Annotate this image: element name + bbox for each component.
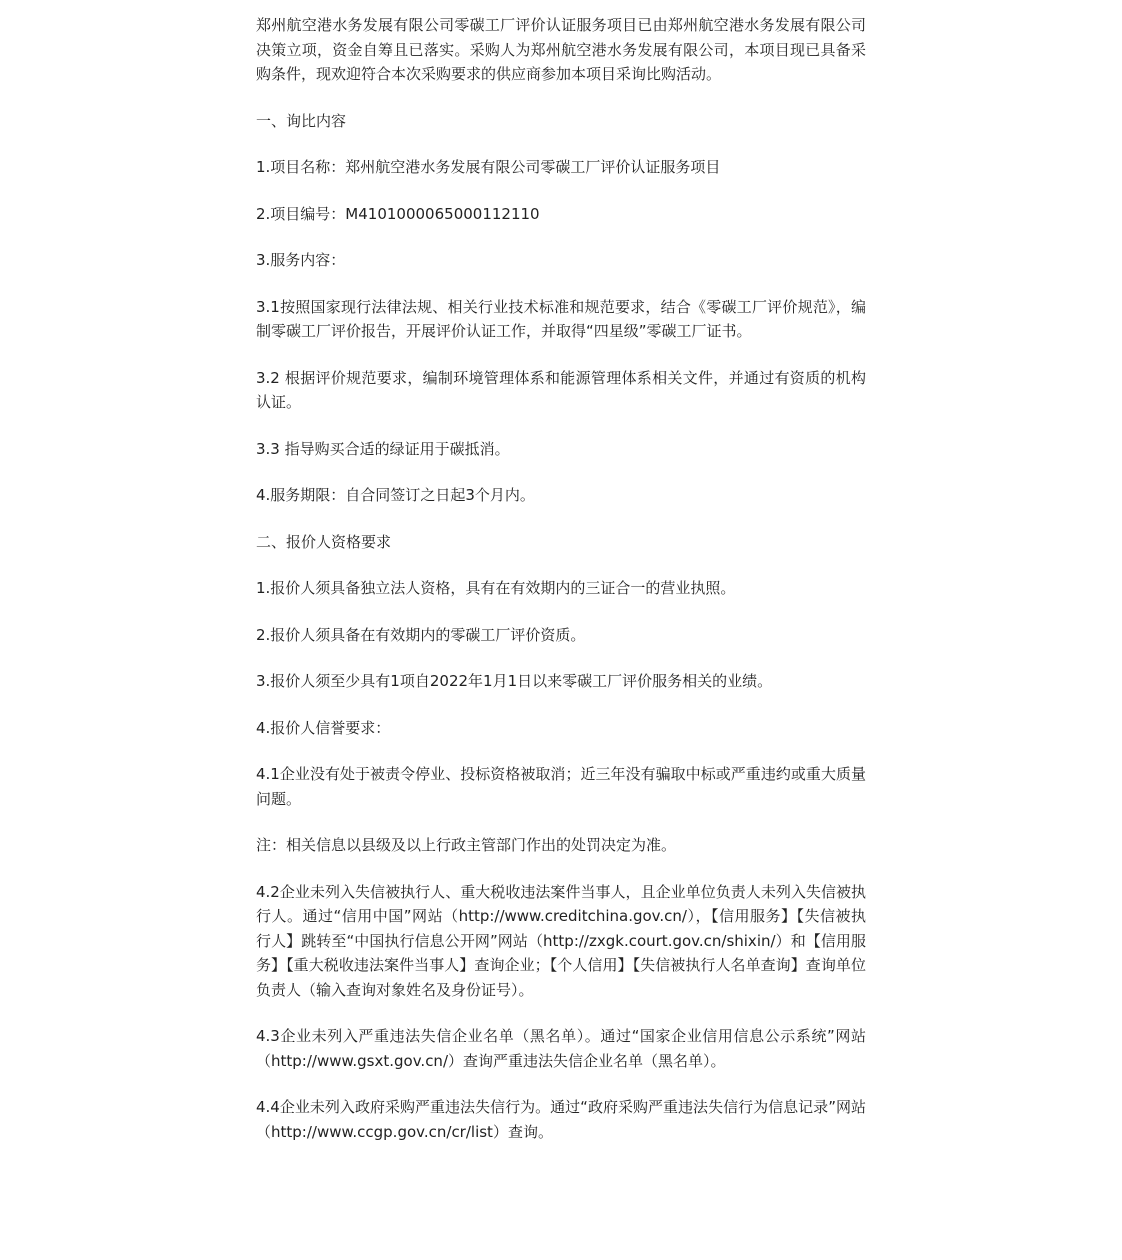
qualification-item-3: 3.报价人须至少具有1项自2022年1月1日以来零碳工厂评价服务相关的业绩。	[256, 669, 866, 694]
credit-item-4-2: 4.2企业未列入失信被执行人、重大税收违法案件当事人，且企业单位负责人未列入失信…	[256, 880, 866, 1003]
service-content-label: 3.服务内容：	[256, 248, 866, 273]
qualification-item-2: 2.报价人须具备在有效期内的零碳工厂评价资质。	[256, 623, 866, 648]
intro-paragraph: 郑州航空港水务发展有限公司零碳工厂评价认证服务项目已由郑州航空港水务发展有限公司…	[256, 13, 866, 87]
service-item-3-2: 3.2 根据评价规范要求，编制环境管理体系和能源管理体系相关文件，并通过有资质的…	[256, 366, 866, 415]
service-item-3-3: 3.3 指导购买合适的绿证用于碳抵消。	[256, 437, 866, 462]
qualification-item-4: 4.报价人信誉要求：	[256, 716, 866, 741]
project-name: 1.项目名称：郑州航空港水务发展有限公司零碳工厂评价认证服务项目	[256, 155, 866, 180]
credit-item-4-4: 4.4企业未列入政府采购严重违法失信行为。通过“政府采购严重违法失信行为信息记录…	[256, 1095, 866, 1144]
qualification-item-1: 1.报价人须具备独立法人资格，具有在有效期内的三证合一的营业执照。	[256, 576, 866, 601]
project-number: 2.项目编号：M4101000065000112110	[256, 202, 866, 227]
section-heading-qualifications: 二、报价人资格要求	[256, 530, 866, 555]
credit-item-4-1: 4.1企业没有处于被责令停业、投标资格被取消；近三年没有骗取中标或严重违约或重大…	[256, 762, 866, 811]
service-period: 4.服务期限：自合同签订之日起3个月内。	[256, 483, 866, 508]
procurement-notice-document: 郑州航空港水务发展有限公司零碳工厂评价认证服务项目已由郑州航空港水务发展有限公司…	[256, 13, 866, 1166]
credit-note: 注：相关信息以县级及以上行政主管部门作出的处罚决定为准。	[256, 833, 866, 858]
credit-item-4-3: 4.3企业未列入严重违法失信企业名单（黑名单）。通过“国家企业信用信息公示系统”…	[256, 1024, 866, 1073]
service-item-3-1: 3.1按照国家现行法律法规、相关行业技术标准和规范要求，结合《零碳工厂评价规范》…	[256, 295, 866, 344]
section-heading-inquiry-content: 一、询比内容	[256, 109, 866, 134]
